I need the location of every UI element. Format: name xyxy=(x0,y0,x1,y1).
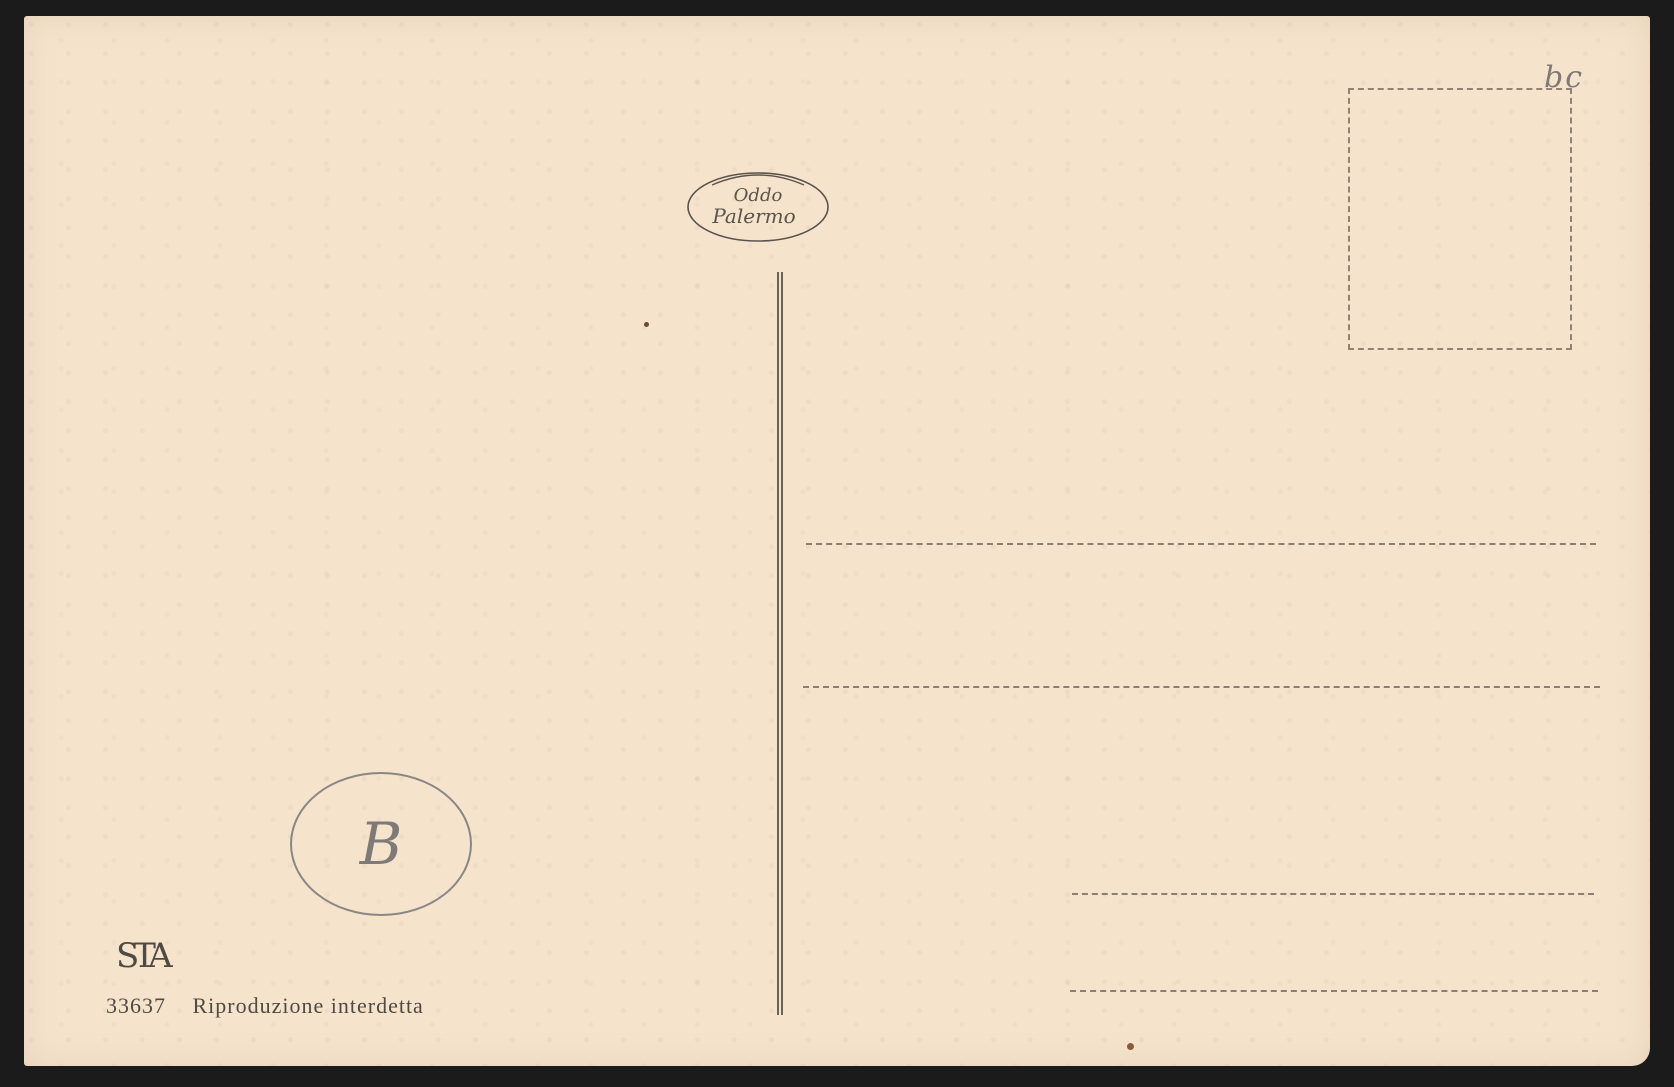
pencil-mark-corner: bc xyxy=(1544,60,1584,95)
pencil-mark-circled-letter: B xyxy=(290,772,472,916)
pencil-letter: B xyxy=(360,810,403,878)
publisher-stamp-logo: Oddo Palermo xyxy=(684,163,832,245)
stain-speck xyxy=(644,322,649,327)
publisher-monogram: STA xyxy=(116,936,167,976)
address-line-1 xyxy=(806,543,1596,545)
address-line-3 xyxy=(1072,893,1594,895)
footer-notice: 33637 Riproduzione interdetta xyxy=(106,993,424,1019)
message-address-divider xyxy=(777,272,783,1015)
address-line-4 xyxy=(1070,990,1598,992)
svg-text:Palermo: Palermo xyxy=(711,204,795,228)
address-line-2 xyxy=(803,686,1600,688)
catalog-number: 33637 xyxy=(106,993,166,1018)
svg-text:Oddo: Oddo xyxy=(734,185,783,206)
reproduction-notice: Riproduzione interdetta xyxy=(193,993,424,1018)
stamp-placement-box xyxy=(1348,88,1572,350)
stain-speck xyxy=(1127,1043,1134,1050)
postcard-back: Oddo Palermo bc B STA 33637 Riproduzione… xyxy=(24,16,1650,1066)
